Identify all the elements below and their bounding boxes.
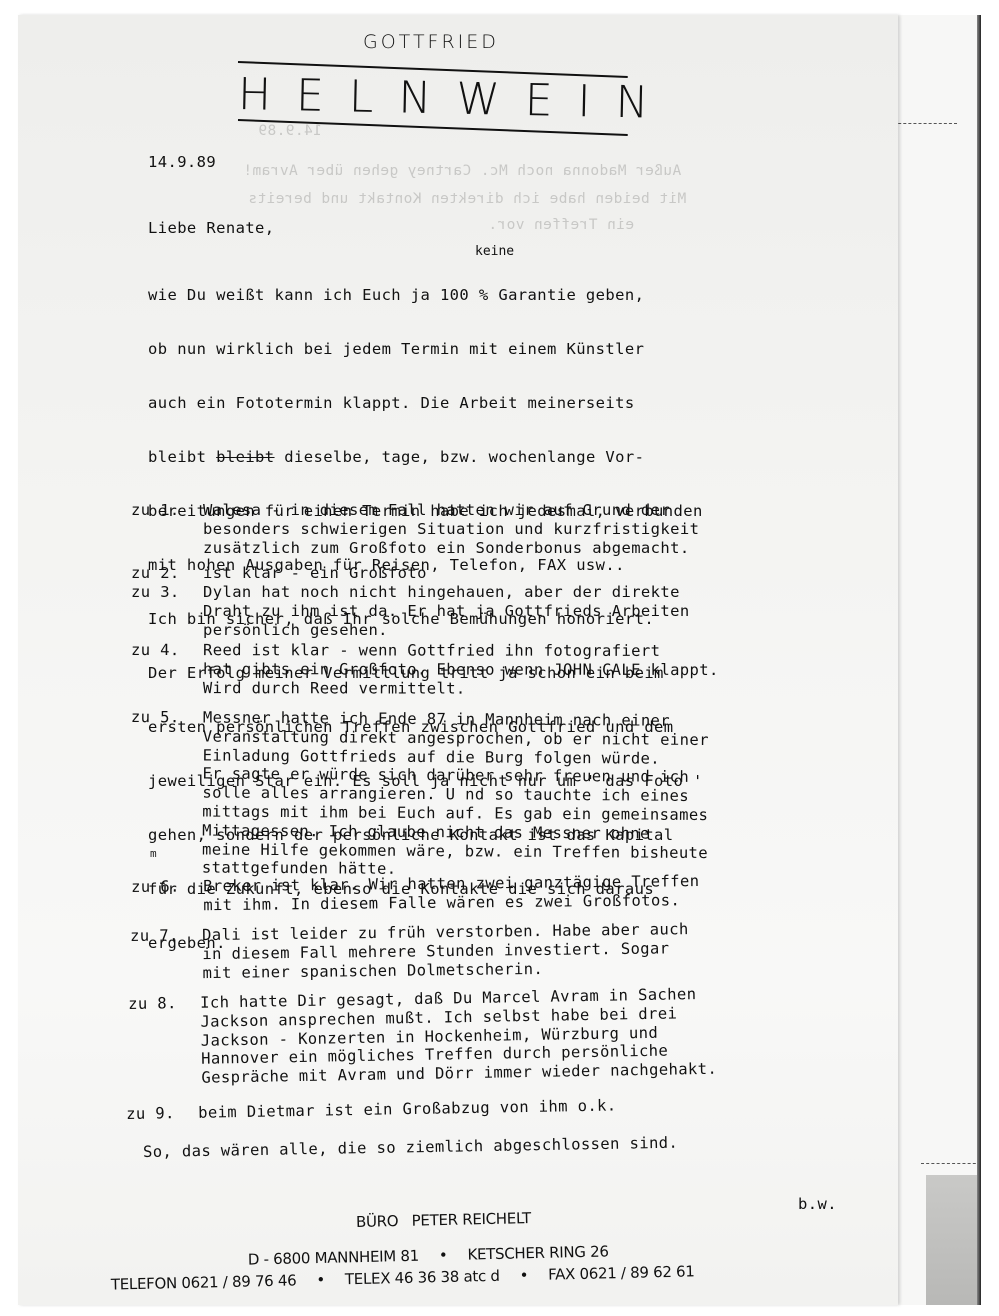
footer-telex: TELEX 46 36 38 atc d	[345, 1267, 500, 1289]
struck-word: bleibt	[216, 448, 274, 466]
item-text: Reed ist klar - wenn Gottfried ihn fotog…	[203, 641, 719, 698]
text-line: Draht zu ihm ist da. Er hat ja Gottfried…	[203, 602, 690, 621]
item-text: Dylan hat noch nicht hingehauen, aber de…	[203, 583, 690, 639]
footer-phone: TELEFON 0621 / 89 76 46	[111, 1271, 297, 1293]
text-line: wie Du weißt kann ich Euch ja 100 % Gara…	[148, 286, 703, 304]
salutation: Liebe Renate,	[148, 219, 275, 237]
letter-date: 14.9.89	[148, 153, 216, 171]
item-number: zu 3.	[131, 583, 180, 602]
text-line: beim Dietmar ist ein Großabzug von ihm o…	[198, 1096, 617, 1122]
item-text: Breker ist klar. Wir hatten zwei ganztäg…	[203, 872, 700, 915]
show-through-text: 14.9.89	[258, 123, 322, 139]
item-number: zu 8.	[128, 994, 177, 1014]
item-number: zu 6.	[131, 877, 180, 896]
footer-contacts: TELEFON 0621 / 89 76 46•TELEX 46 36 38 a…	[92, 1244, 695, 1312]
item-text: Ich hatte Dir gesagt, daß Du Marcel Avra…	[200, 985, 717, 1088]
text-line: zusätzlich zum Großfoto ein Sonderbonus …	[203, 539, 699, 558]
margin-mark: m	[150, 847, 157, 860]
item-text: Dali ist leider zu früh verstorben. Habe…	[202, 920, 689, 982]
text-fragment: bleibt	[148, 448, 216, 466]
item-number: zu 2.	[131, 564, 180, 583]
item-text: ist klar - ein Großfoto	[203, 564, 427, 583]
perforation-line	[921, 1163, 981, 1164]
item-text: Walesa - in diesem Fall hatten wir auf G…	[203, 501, 699, 557]
page-shadow	[926, 1175, 981, 1305]
text-line: Wird durch Reed vermittelt.	[203, 679, 719, 699]
binder-edge	[977, 15, 981, 1305]
text-line: ob nun wirklich bei jedem Termin mit ein…	[148, 340, 703, 358]
bullet-separator: •	[499, 1266, 548, 1285]
text-fragment: dieselbe, tage, bzw. wochenlange Vor-	[275, 448, 645, 466]
text-line: Dylan hat noch nicht hingehauen, aber de…	[203, 583, 690, 602]
text-line: auch ein Fototermin klappt. Die Arbeit m…	[148, 394, 703, 412]
text-line: hat gibts ein Großfoto. Ebenso wenn JOHN…	[203, 660, 719, 680]
show-through-text: Mit beiden habe ich direkten Kontakt und…	[248, 191, 686, 207]
text-line: bleibt bleibt dieselbe, tage, bzw. woche…	[148, 448, 703, 466]
text-line: Walesa - in diesem Fall hatten wir auf G…	[203, 501, 699, 520]
letterhead-last-name: HELNWEIN	[238, 73, 674, 126]
item-text: beim Dietmar ist ein Großabzug von ihm o…	[198, 1096, 617, 1122]
text-line: Reed ist klar - wenn Gottfried ihn fotog…	[203, 641, 719, 661]
letterhead-first-name: GOTTFRIED	[363, 31, 499, 53]
initials: b.w.	[798, 1195, 837, 1213]
item-number: zu 4.	[131, 641, 180, 660]
item-number: zu 5.	[131, 708, 180, 727]
item-text: Messner hatte ich Ende 87 in Mannheim na…	[202, 709, 709, 882]
text-line: besonders schwierigen Situation und kurz…	[203, 520, 699, 539]
show-through-text: Außer Madonna noch Mc. Cartney gehen übe…	[243, 163, 681, 179]
footer-fax: FAX 0621 / 89 62 61	[548, 1262, 695, 1283]
text-line: persönlich gesehen.	[203, 621, 690, 640]
text-line: ist klar - ein Großfoto	[203, 564, 427, 583]
letter-sheet: 14.9.89 Außer Madonna noch Mc. Cartney g…	[18, 15, 898, 1305]
closing-line: So, das wären alle, die so ziemlich abge…	[143, 1134, 678, 1161]
bullet-separator: •	[296, 1270, 345, 1289]
item-number: zu 9.	[126, 1104, 175, 1124]
show-through-text: ein Treffen vor.	[488, 217, 634, 233]
item-number: zu 7.	[130, 926, 179, 945]
item-number: zu 1.	[131, 501, 180, 520]
